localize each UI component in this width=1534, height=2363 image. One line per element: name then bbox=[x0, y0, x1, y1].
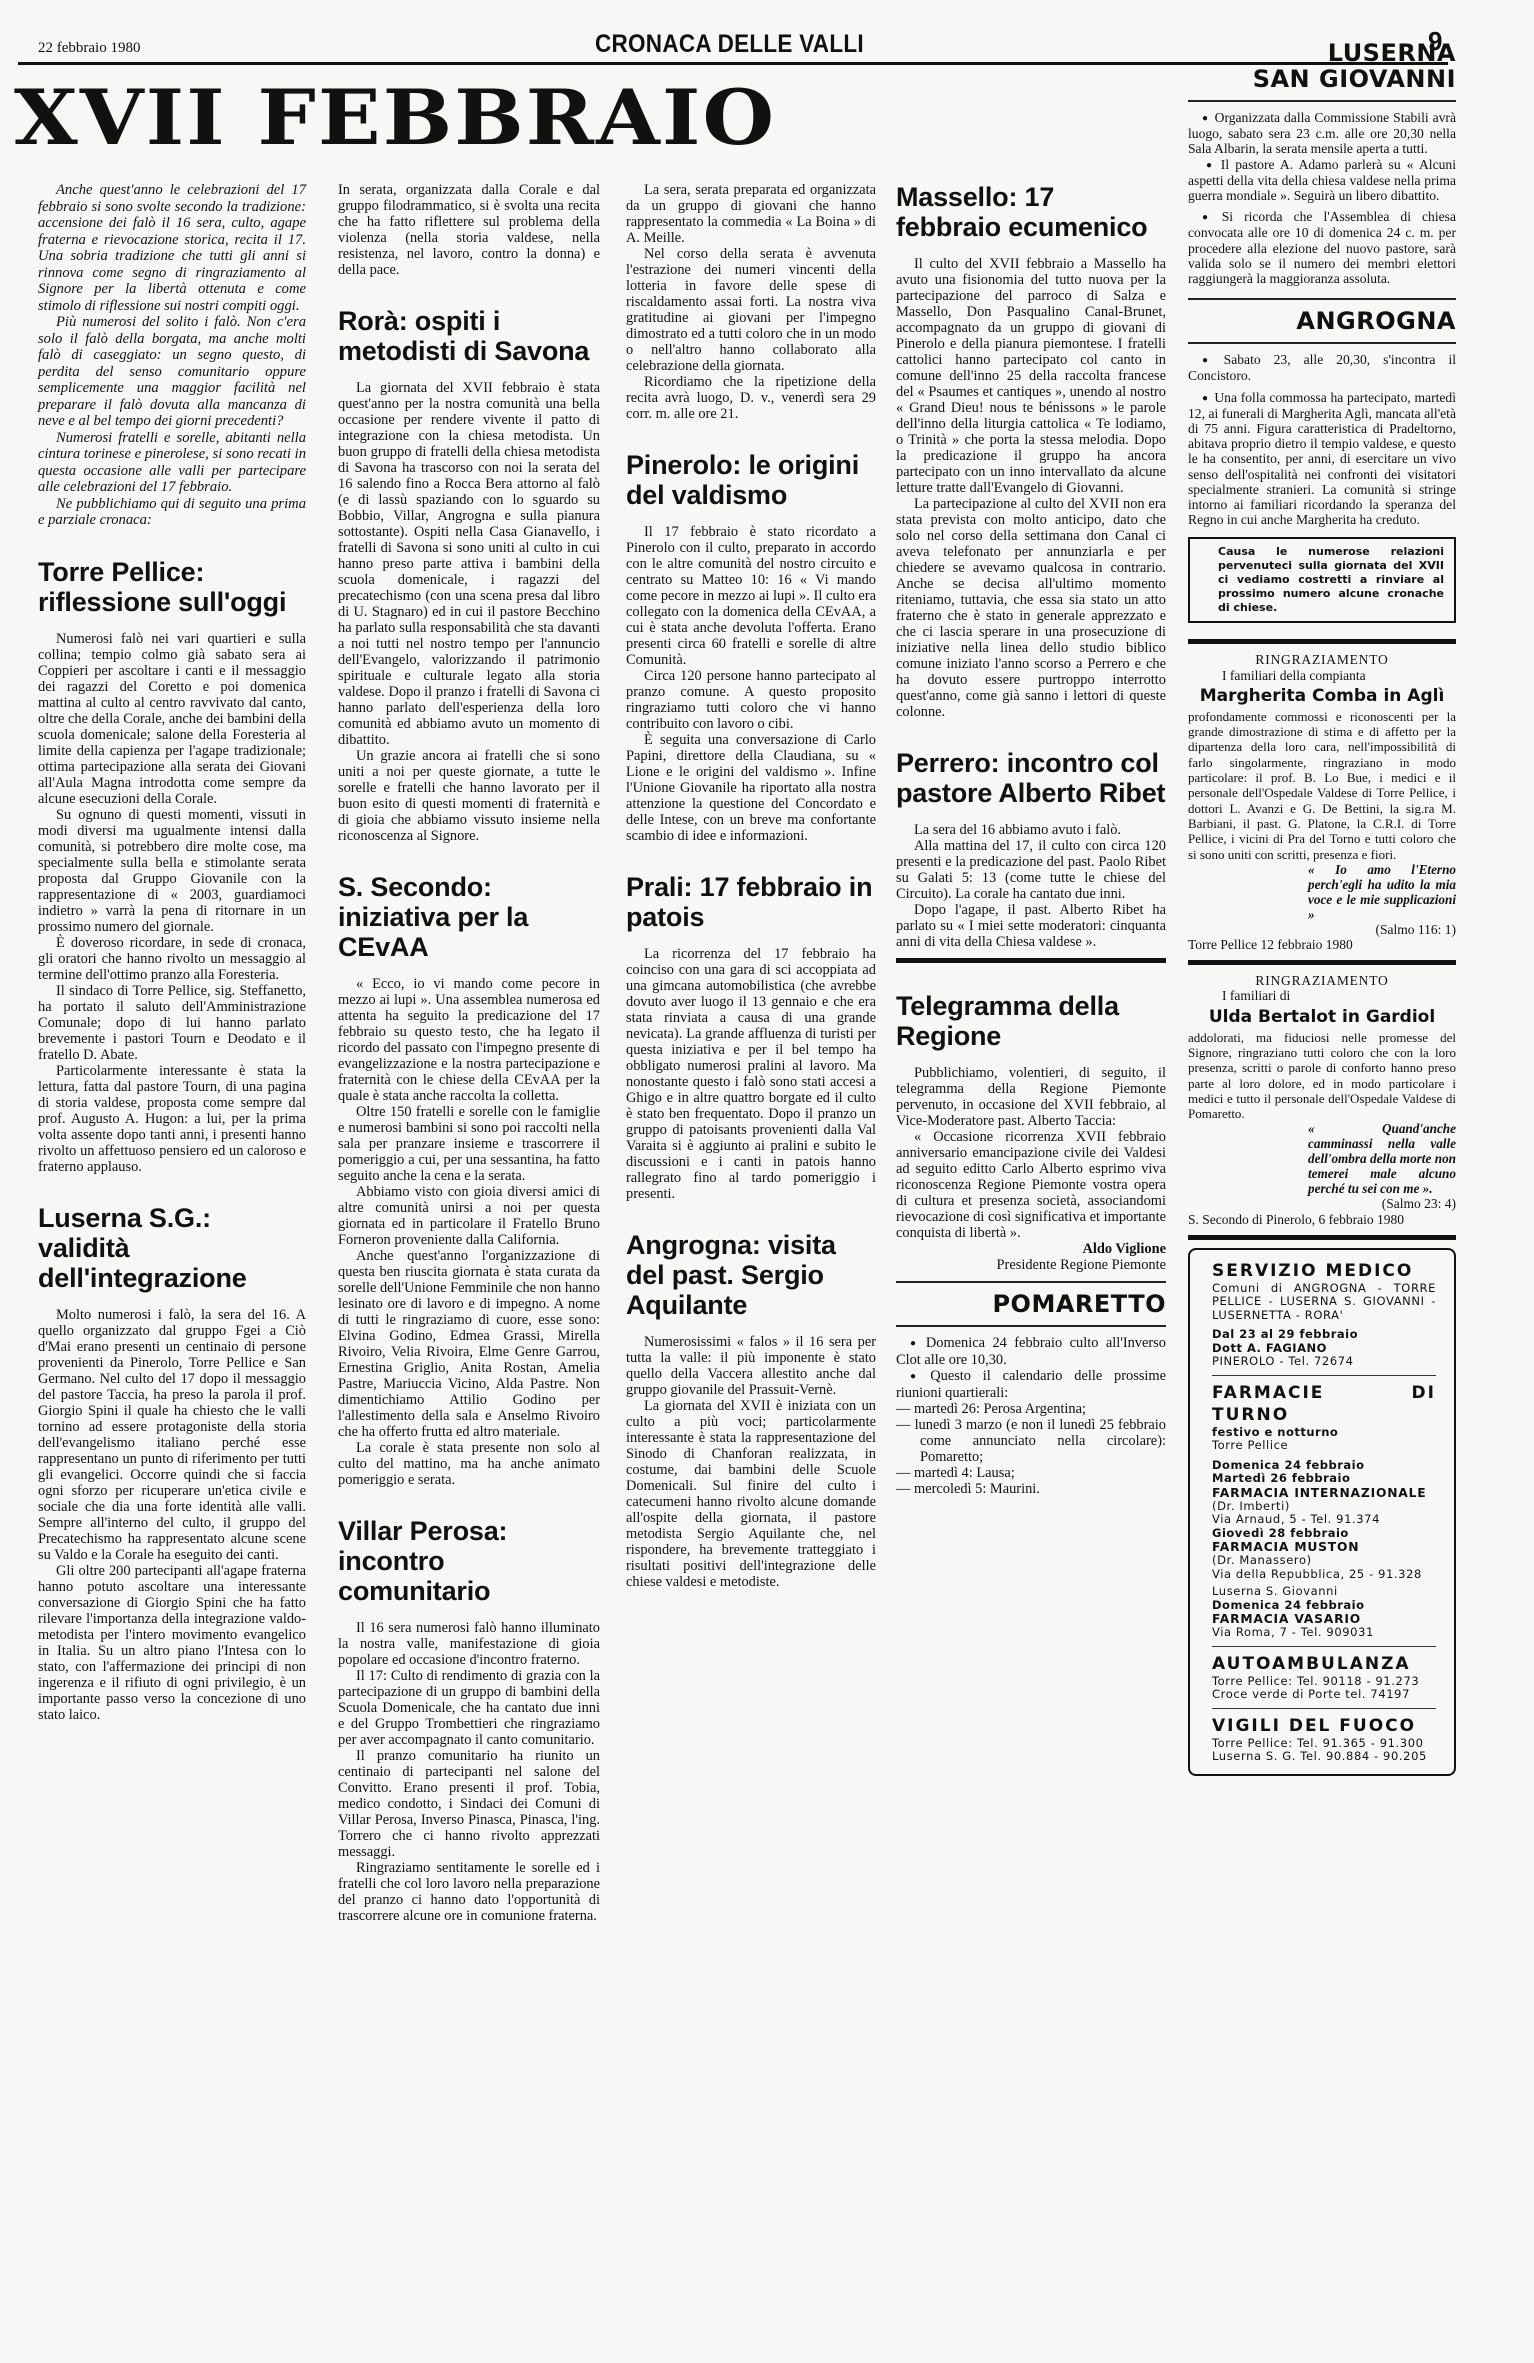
notice-note: Il pastore A. Adamo parlerà su « Alcuni … bbox=[1188, 157, 1456, 204]
thanks-body: addolorati, ma fiduciosi nelle promesse … bbox=[1188, 1030, 1456, 1122]
article-paragraph: È doveroso ricordare, in sede di cronaca… bbox=[38, 935, 306, 983]
article-perrero: Perrero: incontro col pastore Alberto Ri… bbox=[896, 748, 1166, 950]
calendar-entry: martedì 4: Lausa; bbox=[896, 1465, 1166, 1481]
article-paragraph: Su ognuno di questi momenti, vissuti in … bbox=[38, 807, 306, 935]
notice-item: Sabato 23, alle 20,30, s'incontra il Con… bbox=[1188, 352, 1456, 383]
pharmacy-town: Torre Pellice bbox=[1212, 1439, 1436, 1453]
ambulance-phone: Torre Pellice: Tel. 90118 - 91.273 bbox=[1212, 1675, 1436, 1689]
article-pinerolo: Pinerolo: le origini del valdismo Il 17 … bbox=[626, 450, 876, 844]
deceased-name: Ulda Bertalot in Gardiol bbox=[1188, 1006, 1456, 1028]
article-paragraph: Il pranzo comunitario ha riunito un cent… bbox=[338, 1748, 600, 1860]
ambulance-title: AUTOAMBULANZA bbox=[1212, 1653, 1436, 1675]
column-1: Anche quest'anno le celebrazioni del 17 … bbox=[38, 182, 306, 1723]
pharmacy-address: Via Arnaud, 5 - Tel. 91.374 bbox=[1212, 1513, 1436, 1527]
section-divider bbox=[1188, 1235, 1456, 1240]
pharmacy-doctor: (Dr. Imberti) bbox=[1212, 1500, 1436, 1514]
column-3: La sera, serata preparata ed organizzata… bbox=[626, 182, 876, 1590]
thanks-reference: (Salmo 116: 1) bbox=[1188, 922, 1456, 937]
article-s-secondo: S. Secondo: iniziativa per la CEvAA « Ec… bbox=[338, 872, 600, 1488]
article-paragraph: Abbiamo visto con gioia diversi amici di… bbox=[338, 1184, 600, 1248]
article-paragraph: Il sindaco di Torre Pellice, sig. Steffa… bbox=[38, 983, 306, 1063]
pharmacy-address: Via Roma, 7 - Tel. 909031 bbox=[1212, 1626, 1436, 1640]
article-paragraph: Molto numerosi i falò, la sera del 16. A… bbox=[38, 1307, 306, 1563]
section-divider bbox=[896, 958, 1166, 963]
article-headline: Prali: 17 febbraio in patois bbox=[626, 872, 876, 932]
doctor-contact: PINEROLO - Tel. 72674 bbox=[1212, 1355, 1436, 1369]
calendar-entry: martedì 26: Perosa Argentina; bbox=[896, 1401, 1166, 1417]
signature-role: Presidente Regione Piemonte bbox=[896, 1257, 1166, 1273]
article-headline: Rorà: ospiti i metodisti di Savona bbox=[338, 306, 600, 366]
doctor-name: Dott A. FAGIANO bbox=[1212, 1342, 1436, 1356]
article-headline: Pinerolo: le origini del valdismo bbox=[626, 450, 876, 510]
article-paragraph: Circa 120 persone hanno partecipato al p… bbox=[626, 668, 876, 732]
thanks-reference: (Salmo 23: 4) bbox=[1188, 1196, 1456, 1211]
article-paragraph: « Ecco, io vi mando come pecore in mezzo… bbox=[338, 976, 600, 1104]
article-paragraph: Il 17: Culto di rendimento di grazia con… bbox=[338, 1668, 600, 1748]
section-title-line: LUSERNA bbox=[1328, 39, 1456, 67]
calendar-entry: mercoledì 5: Maurini. bbox=[896, 1481, 1166, 1497]
thanks-body: profondamente commossi e riconoscenti pe… bbox=[1188, 709, 1456, 862]
pharmacy-address: Via della Repubblica, 25 - 91.328 bbox=[1212, 1568, 1436, 1582]
intro-paragraph: Numerosi fratelli e sorelle, abitanti ne… bbox=[38, 430, 306, 496]
article-headline: Luserna S.G.: validità dell'integrazione bbox=[38, 1203, 306, 1293]
article-paragraph: Ricordiamo che la ripetizione della reci… bbox=[626, 374, 876, 422]
article-luserna-sg: Luserna S.G.: validità dell'integrazione… bbox=[38, 1203, 306, 1723]
column-4: Massello: 17 febbraio ecumenico Il culto… bbox=[896, 182, 1166, 1497]
intro-paragraph: Ne pubblichiamo qui di seguito una prima… bbox=[38, 496, 306, 529]
intro-article: Anche quest'anno le celebrazioni del 17 … bbox=[38, 182, 306, 529]
thanks-notice-2: RINGRAZIAMENTO I familiari di Ulda Berta… bbox=[1188, 973, 1456, 1227]
article-paragraph: Oltre 150 fratelli e sorelle con le fami… bbox=[338, 1104, 600, 1184]
pharmacy-doctor: (Dr. Manassero) bbox=[1212, 1554, 1436, 1568]
notice-item: Si ricorda che l'Assemblea di chiesa con… bbox=[1188, 209, 1456, 286]
article-paragraph: Particolarmente interessante è stata la … bbox=[38, 1063, 306, 1175]
section-title-luserna: LUSERNA SAN GIOVANNI bbox=[1188, 40, 1456, 92]
postponement-notice: Causa le numerose relazioni pervenuteci … bbox=[1188, 537, 1456, 623]
section-divider bbox=[1188, 100, 1456, 102]
article-paragraph: Ringraziamo sentitamente le sorelle ed i… bbox=[338, 1860, 600, 1924]
pharmacy-town: Luserna S. Giovanni bbox=[1212, 1585, 1436, 1599]
angrogna-notices: Sabato 23, alle 20,30, s'incontra il Con… bbox=[1188, 352, 1456, 527]
fire-brigade-title: VIGILI DEL FUOCO bbox=[1212, 1715, 1436, 1737]
article-paragraph: Numerosi falò nei vari quartieri e sulla… bbox=[38, 631, 306, 807]
article-paragraph: È seguita una conversazione di Carlo Pap… bbox=[626, 732, 876, 844]
article-paragraph: Pubblichiamo, volentieri, di seguito, il… bbox=[896, 1065, 1166, 1129]
article-paragraph: La ricorrenza del 17 febbraio ha coincis… bbox=[626, 946, 876, 1202]
pharmacy-subtitle: festivo e notturno bbox=[1212, 1426, 1436, 1440]
article-headline: Telegramma della Regione bbox=[896, 991, 1166, 1051]
pharmacy-dates: Domenica 24 febbraio bbox=[1212, 1459, 1436, 1473]
article-paragraph-continued: In serata, organizzata dalla Corale e da… bbox=[338, 182, 600, 278]
article-angrogna-visita: Angrogna: visita del past. Sergio Aquila… bbox=[626, 1230, 876, 1590]
article-paragraph: Alla mattina del 17, il culto con circa … bbox=[896, 838, 1166, 902]
pharmacy-name: FARMACIA INTERNAZIONALE bbox=[1212, 1486, 1436, 1500]
article-headline: Torre Pellice: riflessione sull'oggi bbox=[38, 557, 306, 617]
article-headline: Massello: 17 febbraio ecumenico bbox=[896, 182, 1166, 242]
pharmacy-name: FARMACIA MUSTON bbox=[1212, 1540, 1436, 1554]
article-paragraph: Anche quest'anno l'organizzazione di que… bbox=[338, 1248, 600, 1440]
section-title-angrogna: ANGROGNA bbox=[1188, 308, 1456, 334]
article-paragraph: La giornata del XVII è iniziata con un c… bbox=[626, 1398, 876, 1590]
pharmacy-name: FARMACIA VASARIO bbox=[1212, 1612, 1436, 1626]
section-divider bbox=[896, 1325, 1166, 1327]
article-prali: Prali: 17 febbraio in patois La ricorren… bbox=[626, 872, 876, 1202]
notice-item: Organizzata dalla Commissione Stabili av… bbox=[1188, 110, 1456, 157]
ambulance-phone: Croce verde di Porte tel. 74197 bbox=[1212, 1688, 1436, 1702]
article-paragraph: Dopo l'agape, il past. Alberto Ribet ha … bbox=[896, 902, 1166, 950]
article-paragraph: La partecipazione al culto del XVII non … bbox=[896, 496, 1166, 720]
article-paragraph: La giornata del XVII febbraio è stata qu… bbox=[338, 380, 600, 748]
pomaretto-notices: Domenica 24 febbraio culto all'Inverso C… bbox=[896, 1335, 1166, 1401]
section-title-line: SAN GIOVANNI bbox=[1253, 65, 1456, 93]
fire-brigade-phone: Luserna S. G. Tel. 90.884 - 90.205 bbox=[1212, 1750, 1436, 1764]
section-title: CRONACA DELLE VALLI bbox=[595, 30, 864, 59]
intro-paragraph: Più numerosi del solito i falò. Non c'er… bbox=[38, 314, 306, 430]
pharmacy-dates: Domenica 24 febbraio bbox=[1212, 1599, 1436, 1613]
column-5: LUSERNA SAN GIOVANNI Organizzata dalla C… bbox=[1188, 40, 1456, 1776]
luserna-notices: Organizzata dalla Commissione Stabili av… bbox=[1188, 110, 1456, 286]
article-telegramma: Telegramma della Regione Pubblichiamo, v… bbox=[896, 991, 1166, 1273]
notice-item: Domenica 24 febbraio culto all'Inverso C… bbox=[896, 1335, 1166, 1368]
thanks-notice-1: RINGRAZIAMENTO I familiari della compian… bbox=[1188, 652, 1456, 952]
article-paragraph: Il 16 sera numerosi falò hanno illuminat… bbox=[338, 1620, 600, 1668]
section-divider bbox=[1188, 639, 1456, 644]
thanks-place-date: Torre Pellice 12 febbraio 1980 bbox=[1188, 937, 1456, 952]
article-paragraph: La sera, serata preparata ed organizzata… bbox=[626, 182, 876, 246]
article-headline: Villar Perosa: incontro comunitario bbox=[338, 1516, 600, 1606]
section-divider bbox=[1188, 298, 1456, 300]
thanks-place-date: S. Secondo di Pinerolo, 6 febbraio 1980 bbox=[1188, 1212, 1456, 1227]
thanks-intro: I familiari della compianta bbox=[1188, 668, 1456, 683]
thanks-intro: I familiari di bbox=[1188, 988, 1456, 1003]
thanks-title: RINGRAZIAMENTO bbox=[1188, 652, 1456, 667]
article-paragraph: La corale è stata presente non solo al c… bbox=[338, 1440, 600, 1488]
pharmacy-title: FARMACIE DI TURNO bbox=[1212, 1382, 1436, 1426]
medical-service-title: SERVIZIO MEDICO bbox=[1212, 1260, 1436, 1282]
article-paragraph: La sera del 16 abbiamo avuto i falò. bbox=[896, 822, 1166, 838]
section-divider bbox=[1188, 342, 1456, 344]
article-paragraph: Nel corso della serata è avvenuta l'estr… bbox=[626, 246, 876, 374]
article-headline: S. Secondo: iniziativa per la CEvAA bbox=[338, 872, 600, 962]
main-headline: XVII FEBBRAIO bbox=[14, 80, 776, 156]
pharmacy-dates: Martedì 26 febbraio bbox=[1212, 1472, 1436, 1486]
article-headline: Angrogna: visita del past. Sergio Aquila… bbox=[626, 1230, 876, 1320]
calendar-entry: lunedì 3 marzo (e non il lunedì 25 febbr… bbox=[896, 1417, 1166, 1465]
pharmacy-dates: Giovedì 28 febbraio bbox=[1212, 1527, 1436, 1541]
notice-item: Una folla commossa ha partecipato, marte… bbox=[1188, 390, 1456, 528]
section-divider bbox=[896, 1281, 1166, 1283]
article-paragraph: Il 17 febbraio è stato ricordato a Piner… bbox=[626, 524, 876, 668]
intro-paragraph: Anche quest'anno le celebrazioni del 17 … bbox=[38, 182, 306, 314]
section-title-pomaretto: POMARETTO bbox=[896, 1291, 1166, 1317]
fire-brigade-phone: Torre Pellice: Tel. 91.365 - 91.300 bbox=[1212, 1737, 1436, 1751]
article-torre-pellice: Torre Pellice: riflessione sull'oggi Num… bbox=[38, 557, 306, 1175]
medical-service-towns: Comuni di ANGROGNA - TORRE PELLICE - LUS… bbox=[1212, 1282, 1436, 1323]
article-massello: Massello: 17 febbraio ecumenico Il culto… bbox=[896, 182, 1166, 720]
article-paragraph: Il culto del XVII febbraio a Massello ha… bbox=[896, 256, 1166, 496]
emergency-services-box: SERVIZIO MEDICO Comuni di ANGROGNA - TOR… bbox=[1188, 1248, 1456, 1776]
article-headline: Perrero: incontro col pastore Alberto Ri… bbox=[896, 748, 1166, 808]
signature-name: Aldo Viglione bbox=[896, 1241, 1166, 1257]
thanks-title: RINGRAZIAMENTO bbox=[1188, 973, 1456, 988]
thanks-quote: « Io amo l'Eterno perch'egli ha udito la… bbox=[1188, 862, 1456, 922]
article-paragraph: Gli oltre 200 partecipanti all'agape fra… bbox=[38, 1563, 306, 1723]
notice-item: Questo il calendario delle prossime riun… bbox=[896, 1368, 1166, 1401]
thanks-quote: « Quand'anche camminassi nella valle del… bbox=[1188, 1121, 1456, 1196]
article-paragraph: Numerosissimi « falos » il 16 sera per t… bbox=[626, 1334, 876, 1398]
article-villar-perosa: Villar Perosa: incontro comunitario Il 1… bbox=[338, 1516, 600, 1924]
column-2: In serata, organizzata dalla Corale e da… bbox=[338, 182, 600, 1924]
deceased-name: Margherita Comba in Aglì bbox=[1188, 685, 1456, 707]
article-paragraph: « Occasione ricorrenza XVII febbraio ann… bbox=[896, 1129, 1166, 1241]
medical-service-period: Dal 23 al 29 febbraio bbox=[1212, 1328, 1436, 1342]
article-paragraph: Un grazie ancora ai fratelli che si sono… bbox=[338, 748, 600, 844]
issue-date: 22 febbraio 1980 bbox=[38, 40, 140, 57]
article-rora: Rorà: ospiti i metodisti di Savona La gi… bbox=[338, 306, 600, 844]
meeting-calendar: martedì 26: Perosa Argentina; lunedì 3 m… bbox=[896, 1401, 1166, 1497]
section-divider bbox=[1188, 960, 1456, 965]
